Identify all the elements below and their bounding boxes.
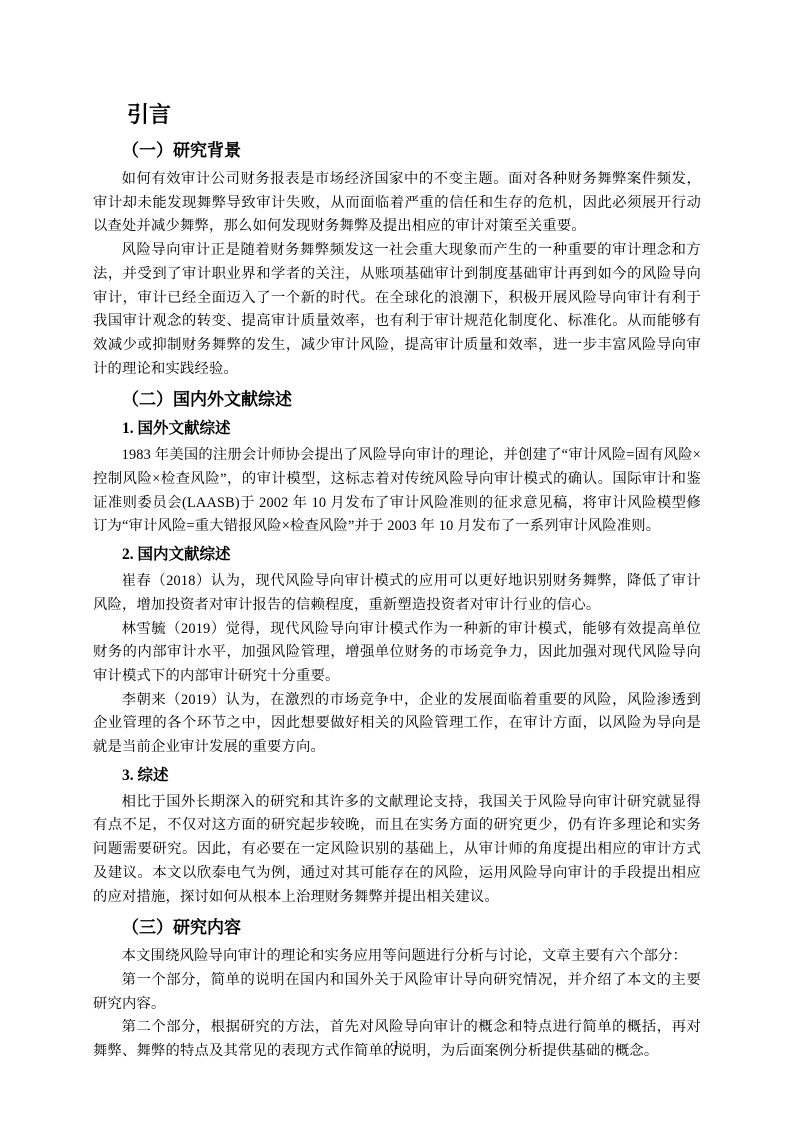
section-heading-research-background: （一）研究背景: [122, 138, 701, 164]
section-heading-research-content: （三）研究内容: [122, 915, 701, 941]
document-page: 引言 （一）研究背景 如何有效审计公司财务报表是市场经济国家中的不变主题。面对各…: [0, 0, 793, 1122]
document-title: 引言: [127, 100, 701, 130]
page-number: 1: [0, 1037, 793, 1053]
paragraph: 如何有效审计公司财务报表是市场经济国家中的不变主题。面对各种财务舞弊案件频发，审…: [93, 168, 701, 239]
paragraph: 相比于国外长期深入的研究和其许多的文献理论支持，我国关于风险导向审计研究就显得有…: [93, 791, 701, 910]
paragraph: 林雪毓（2019）觉得，现代风险导向审计模式作为一种新的审计模式，能够有效提高单…: [93, 618, 701, 689]
subsection-heading-domestic-literature: 2. 国内文献综述: [122, 543, 701, 567]
paragraph: 风险导向审计正是随着财务舞弊频发这一社会重大现象而产生的一种重要的审计理念和方法…: [93, 239, 701, 381]
paragraph: 第一个部分，简单的说明在国内和国外关于风险审计导向研究情况，并介绍了本文的主要研…: [93, 969, 701, 1016]
paragraph: 崔春（2018）认为，现代风险导向审计模式的应用可以更好地识别财务舞弊，降低了审…: [93, 570, 701, 617]
document-content: 引言 （一）研究背景 如何有效审计公司财务报表是市场经济国家中的不变主题。面对各…: [93, 100, 701, 1064]
subsection-heading-summary: 3. 综述: [122, 764, 701, 788]
subsection-heading-foreign-literature: 1. 国外文献综述: [122, 417, 701, 441]
section-heading-literature-review: （二）国内外文献综述: [122, 387, 701, 413]
paragraph: 1983 年美国的注册会计师协会提出了风险导向审计的理论，并创建了“审计风险=固…: [93, 444, 701, 539]
paragraph: 本文围绕风险导向审计的理论和实务应用等问题进行分析与讨论，文章主要有六个部分：: [93, 945, 701, 969]
paragraph: 李朝来（2019）认为，在激烈的市场竞争中，企业的发展面临着重要的风险，风险渗透…: [93, 689, 701, 760]
